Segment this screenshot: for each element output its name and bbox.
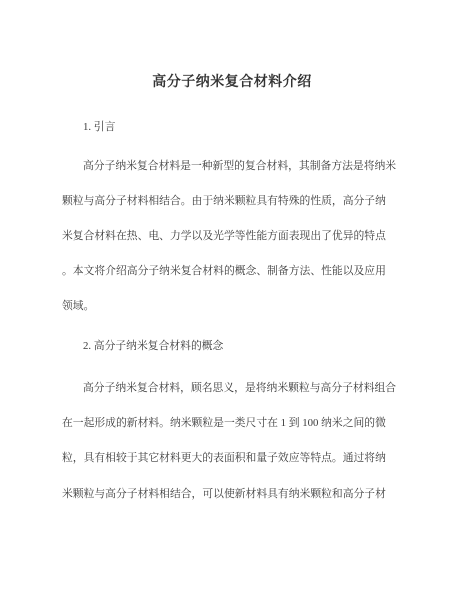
document-page: 高分子纳米复合材料介绍 1. 引言 高分子纳米复合材料是一种新型的复合材料，其制… — [0, 0, 463, 600]
paragraph-2-line-1: 高分子纳米复合材料，顾名思义，是将纳米颗粒与高分子材料组合 — [83, 381, 396, 395]
paragraph-1-line-3: 米复合材料在热、电、力学以及光学等性能方面表现出了优异的特点 — [62, 229, 386, 243]
paragraph-1-line-2: 颗粒与高分子材料相结合。由于纳米颗粒具有特殊的性质，高分子纳 — [62, 194, 386, 208]
paragraph-1-line-4: 。本文将介绍高分子纳米复合材料的概念、制备方法、性能以及应用 — [62, 264, 386, 278]
section-heading-2: 2. 高分子纳米复合材料的概念 — [83, 339, 223, 353]
document-title: 高分子纳米复合材料介绍 — [62, 71, 402, 91]
paragraph-2-line-4: 米颗粒与高分子材料相结合，可以使新材料具有纳米颗粒和高分子材 — [62, 487, 386, 501]
paragraph-2-line-2: 在一起形成的新材料。纳米颗粒是一类尺寸在 1 到 100 纳米之间的微 — [62, 416, 386, 430]
paragraph-1-line-5: 领域。 — [62, 299, 94, 313]
paragraph-2-line-3: 粒，具有相较于其它材料更大的表面积和量子效应等特点。通过将纳 — [62, 451, 386, 465]
section-heading-1: 1. 引言 — [83, 120, 115, 134]
paragraph-1-line-1: 高分子纳米复合材料是一种新型的复合材料，其制备方法是将纳米 — [83, 159, 396, 173]
